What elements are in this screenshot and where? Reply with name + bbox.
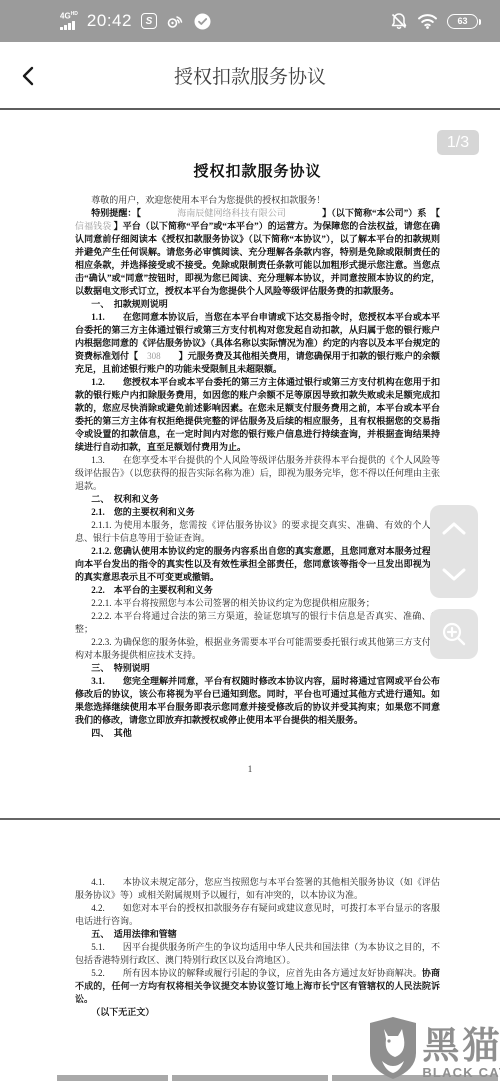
paragraph: 尊敬的用户，欢迎您使用本平台为您提供的授权扣款服务！ — [75, 194, 440, 207]
mute-bell-icon — [390, 12, 408, 30]
document-page-2: 4.1. 本协议未规定部分，您应当按照您与本平台签署的其他相关服务协议（如《评估… — [0, 818, 500, 1081]
nav-bar: 授权扣款服务协议 — [0, 42, 500, 110]
paragraph: 4.2. 如您对本平台的授权扣款服务存有疑问或建议意见时，可拨打本平台显示的客服… — [75, 902, 440, 928]
check-circle-icon — [194, 13, 211, 30]
document-page-1: 授权扣款服务协议 尊敬的用户，欢迎您使用本平台为您提供的授权扣款服务！特别提醒：… — [0, 110, 500, 818]
watermark-cn-text: 黑猫 — [422, 1027, 500, 1064]
paragraph: 3.1. 您完全理解并同意，平台有权随时修改本协议内容，届时将通过官网或平台公布… — [75, 675, 440, 727]
paragraph: 2.1. 您的主要权利和义务 — [75, 506, 440, 519]
page-number: 1 — [0, 764, 500, 774]
page2-body: 4.1. 本协议未规定部分，您应当按照您与本平台签署的其他相关服务协议（如《评估… — [75, 876, 440, 1019]
scroll-down-button[interactable] — [430, 552, 478, 599]
black-cat-watermark: 黑猫 BLACK CAT — [370, 1017, 500, 1079]
weibo-icon — [166, 13, 185, 29]
battery-icon: 63 — [447, 14, 478, 29]
wifi-icon — [417, 13, 438, 29]
back-button[interactable] — [12, 59, 46, 93]
paragraph: 一、 扣款规则说明 — [75, 298, 440, 311]
paragraph: 2.2.1. 本平台将按照您与本公司签署的相关协议约定为您提供相应服务； — [75, 597, 440, 610]
signal-bars-icon: 4GHD — [60, 12, 78, 31]
paragraph: 四、 其他 — [75, 727, 440, 740]
paragraph: 5.2. 所有因本协议的解释或履行引起的争议，应首先由各方通过友好协商解决。协商… — [75, 967, 440, 1006]
app-root: 4GHD 20:42 S 63 授权扣款服务协议 — [0, 0, 500, 1083]
scroll-up-button[interactable] — [430, 505, 478, 552]
paragraph: 2.2.3. 为确保您的服务体验，根据业务需要本平台可能需要委托银行或其他第三方… — [75, 636, 440, 662]
paragraph: 1.2. 您授权本平台或本平台委托的第三方主体通过银行或第三方支付机构在您用于扣… — [75, 376, 440, 454]
paragraph: 2.1.1. 为使用本服务，您需按《评估服务协议》的要求提交真实、准确、有效的个… — [75, 519, 440, 545]
paragraph: 1.3. 在您享受本平台提供的个人风险等级评估服务并获得本平台提供的《个人风险等… — [75, 454, 440, 493]
status-bar: 4GHD 20:42 S 63 — [0, 0, 500, 42]
paragraph: 五、 适用法律和管辖 — [75, 928, 440, 941]
black-cat-shield-icon — [370, 1017, 416, 1079]
scroll-button-group — [430, 505, 478, 598]
page-indicator-badge: 1/3 — [437, 130, 479, 155]
paragraph: 4.1. 本协议未规定部分，您应当按照您与本平台签署的其他相关服务协议（如《评估… — [75, 876, 440, 902]
paragraph: 特别提醒：【 海南辰健网络科技有限公司 】（以下简称“本公司”）系 【 信福钱袋… — [75, 207, 440, 298]
paragraph: 二、 权利和义务 — [75, 493, 440, 506]
paragraph: 2.1.2. 您确认使用本协议约定的服务内容系出自您的真实意愿，且您同意对本服务… — [75, 545, 440, 584]
paragraph: 2.2.2. 本平台将通过合法的第三方渠道，验证您填写的银行卡信息是否真实、准确… — [75, 610, 440, 636]
clock-time: 20:42 — [87, 11, 132, 31]
page1-body: 尊敬的用户，欢迎您使用本平台为您提供的授权扣款服务！特别提醒：【 海南辰健网络科… — [75, 194, 440, 740]
paragraph: 2.2. 本平台的主要权利和义务 — [75, 584, 440, 597]
paragraph: 1.1. 在您同意本协议后，当您在本平台申请或下达交易指令时，您授权本平台或本平… — [75, 311, 440, 376]
zoom-in-button[interactable] — [430, 609, 478, 659]
document-scroll-area[interactable]: 1/3 授权扣款服务协议 尊敬的用户，欢迎您使用本平台为您提供的授权扣款服务！特… — [0, 110, 500, 1081]
document-title: 授权扣款服务协议 — [75, 160, 440, 181]
paragraph: 5.1. 因平台提供服务所产生的争议均适用中华人民共和国法律（为本协议之目的，不… — [75, 941, 440, 967]
page-title: 授权扣款服务协议 — [0, 62, 500, 89]
paragraph: 三、 特别说明 — [75, 662, 440, 675]
watermark-en-text: BLACK CAT — [422, 1066, 500, 1079]
zoom-in-icon — [441, 621, 467, 647]
sina-app-icon: S — [141, 13, 157, 29]
